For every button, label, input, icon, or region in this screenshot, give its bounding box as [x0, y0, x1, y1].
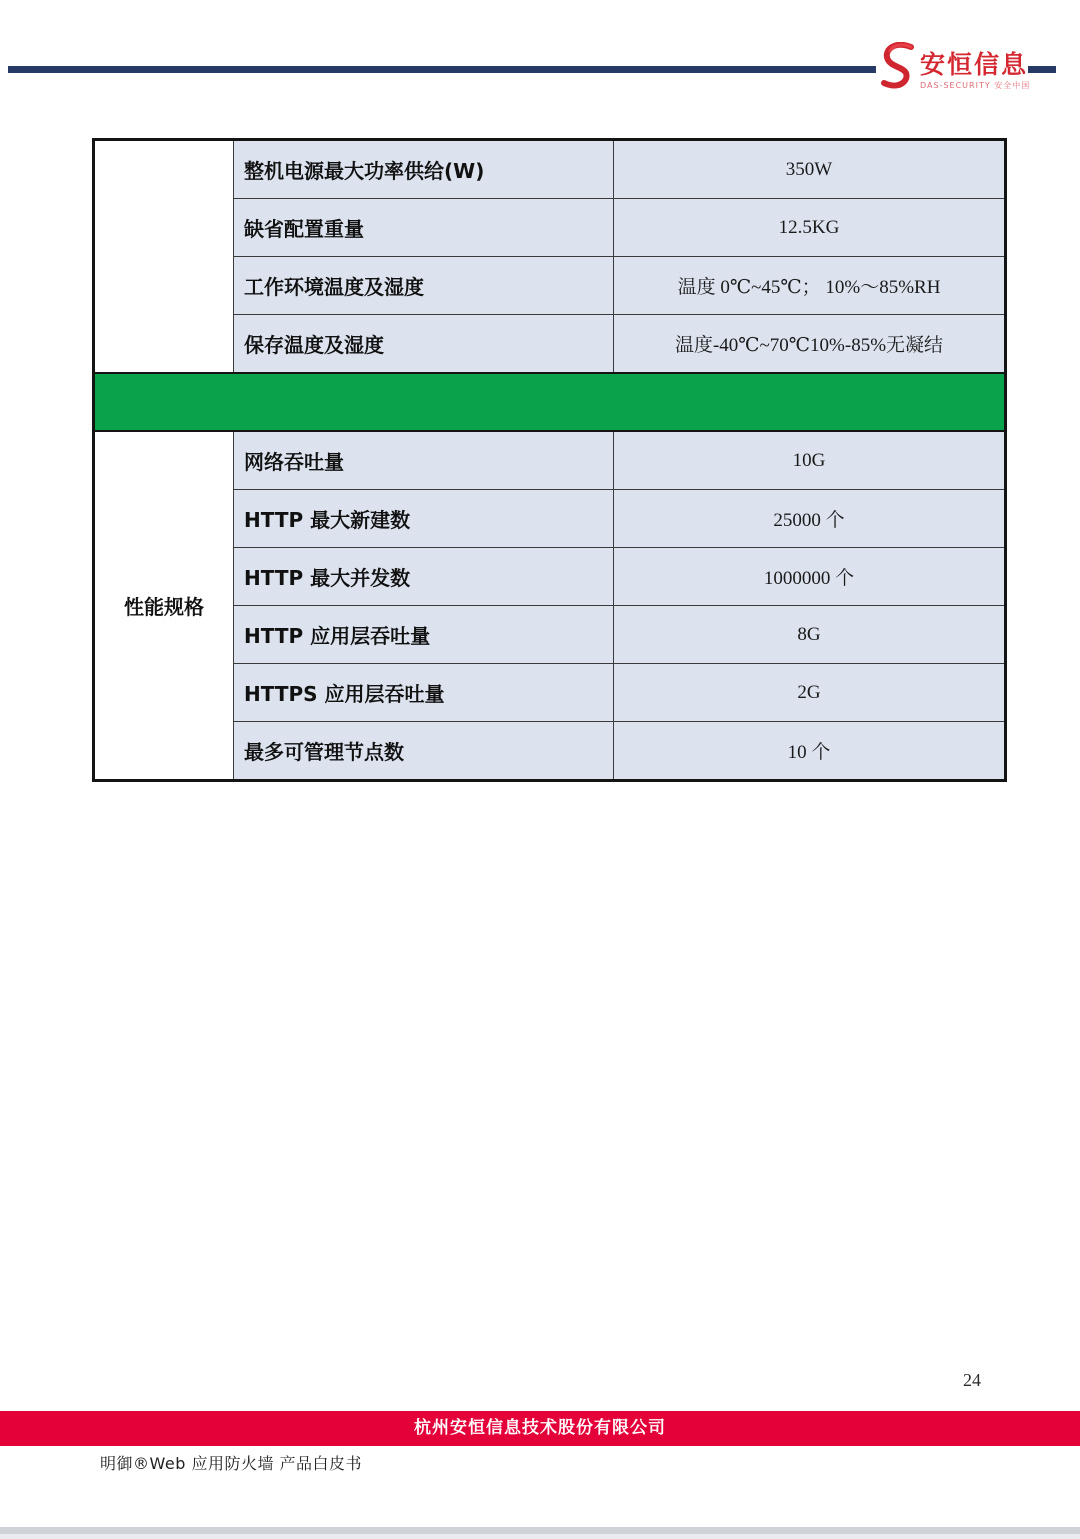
page-number: 24 — [948, 1370, 996, 1391]
spec-value: 12.5KG — [614, 199, 1006, 257]
side-cell-performance: 性能规格 — [94, 431, 234, 781]
spec-label: HTTP 最大新建数 — [234, 490, 614, 548]
spec-label: HTTP 应用层吞吐量 — [234, 606, 614, 664]
brand-name: 安恒信息 — [920, 52, 1030, 78]
spec-label: HTTP 最大并发数 — [234, 548, 614, 606]
spec-value: 温度 0℃~45℃； 10%～85%RH — [614, 257, 1006, 315]
spec-value: 25000 个 — [614, 490, 1006, 548]
doc-title: 明御®Web 应用防火墙 产品白皮书 — [100, 1451, 362, 1474]
spec-value: 10G — [614, 431, 1006, 490]
company-footer-bar: 杭州安恒信息技术股份有限公司 — [0, 1411, 1080, 1446]
green-divider-row — [94, 373, 1006, 431]
header-rule-right — [1028, 66, 1056, 73]
table-row: 性能规格 网络吞吐量 10G — [94, 431, 1006, 490]
spec-label: 整机电源最大功率供给(W) — [234, 140, 614, 199]
spec-label: 网络吞吐量 — [234, 431, 614, 490]
table-row: 整机电源最大功率供给(W) 350W — [94, 140, 1006, 199]
spec-table: 整机电源最大功率供给(W) 350W 缺省配置重量 12.5KG 工作环境温度及… — [92, 138, 1007, 782]
spec-value: 温度-40℃~70℃10%-85%无凝结 — [614, 315, 1006, 374]
spec-value: 1000000 个 — [614, 548, 1006, 606]
header-rule-left — [8, 66, 876, 73]
page-bottom-band-light — [0, 1534, 1080, 1539]
green-divider-cell — [94, 373, 1006, 431]
spec-label: 工作环境温度及湿度 — [234, 257, 614, 315]
spec-value: 350W — [614, 140, 1006, 199]
side-cell-empty — [94, 140, 234, 374]
page-bottom-band — [0, 1527, 1080, 1534]
spec-label: 最多可管理节点数 — [234, 722, 614, 781]
das-security-s-icon — [880, 42, 916, 94]
company-logo: 安恒信息 DAS-SECURITY 安全中国 — [880, 42, 1030, 98]
spec-value: 10 个 — [614, 722, 1006, 781]
spec-value: 2G — [614, 664, 1006, 722]
brand-tagline: DAS-SECURITY 安全中国 — [920, 80, 1030, 91]
spec-label: 缺省配置重量 — [234, 199, 614, 257]
spec-label: HTTPS 应用层吞吐量 — [234, 664, 614, 722]
logo-texts: 安恒信息 DAS-SECURITY 安全中国 — [920, 42, 1030, 91]
spec-value: 8G — [614, 606, 1006, 664]
spec-label: 保存温度及湿度 — [234, 315, 614, 374]
